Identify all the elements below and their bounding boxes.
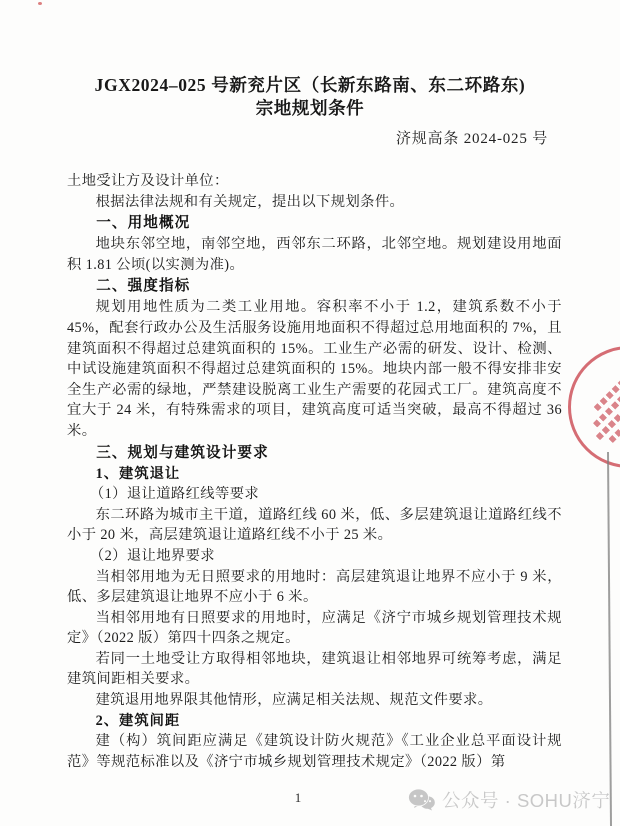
document-title-line2: 宗地规划条件 [0,97,620,120]
subsection-heading-2: 2、建筑间距 [67,711,562,732]
document-header: JGX2024–025 号新兖片区（长新东路南、东二环路东) 宗地规划条件 济规… [0,0,620,148]
doc-paragraph: 当相邻用地有日照要求的用地时，应满足《济宁市城乡规划管理技术规定》（2022 版… [67,608,562,649]
ink-speck [38,2,42,5]
intro-paragraph: 根据法律法规和有关规定，提出以下规划条件。 [67,192,562,213]
section-heading-1: 一、用地概况 [67,212,562,234]
section-heading-3: 三、规划与建筑设计要求 [67,442,562,464]
document-body: 土地受让方及设计单位： 根据法律法规和有关规定，提出以下规划条件。 一、用地概况… [67,171,562,772]
section-heading-2: 二、强度指标 [67,275,562,297]
official-seal-stamp [568,346,620,468]
wechat-icon [408,788,435,812]
item-heading-2: （2）退让地界要求 [67,546,562,567]
page-edge-line [607,452,612,826]
addressee-line: 土地受让方及设计单位： [67,171,562,192]
scanned-document-page: JGX2024–025 号新兖片区（长新东路南、东二环路东) 宗地规划条件 济规… [0,0,620,826]
doc-paragraph: 规划用地性质为二类工业用地。容积率不小于 1.2，建筑系数不小于 45%，配套行… [67,297,562,441]
subsection-heading-1: 1、建筑退让 [67,464,562,485]
document-title-line1: JGX2024–025 号新兖片区（长新东路南、东二环路东) [0,74,620,97]
document-number: 济规高条 2024-025 号 [0,127,620,148]
page-number: 1 [286,790,310,806]
item-heading-1: （1）退让道路红线等要求 [67,484,562,505]
document-title: JGX2024–025 号新兖片区（长新东路南、东二环路东) 宗地规划条件 [0,74,620,120]
publisher-watermark: 公众号 · SOHU济宁 [408,787,610,813]
doc-paragraph: 建筑退用地界限其他情形，应满足相关法规、规范文件要求。 [67,690,562,711]
doc-paragraph: 建（构）筑间距应满足《建筑设计防火规范》《工业企业总平面设计规范》等规范标准以及… [67,731,562,772]
doc-paragraph: 若同一土地受让方取得相邻地块，建筑退让相邻地界可统筹考虑，满足建筑间距相关要求。 [67,649,562,690]
doc-paragraph: 地块东邻空地，南邻空地，西邻东二环路，北邻空地。规划建设用地面积 1.81 公顷… [67,234,562,275]
doc-paragraph: 当相邻用地为无日照要求的用地时：高层建筑退让地界不应小于 9 米，低、多层建筑退… [67,567,562,608]
seal-text-marks [568,346,620,468]
doc-paragraph: 东二环路为城市主干道，道路红线 60 米，低、多层建筑退让道路红线不小于 20 … [67,505,562,546]
watermark-label: 公众号 · SOHU济宁 [442,787,610,813]
